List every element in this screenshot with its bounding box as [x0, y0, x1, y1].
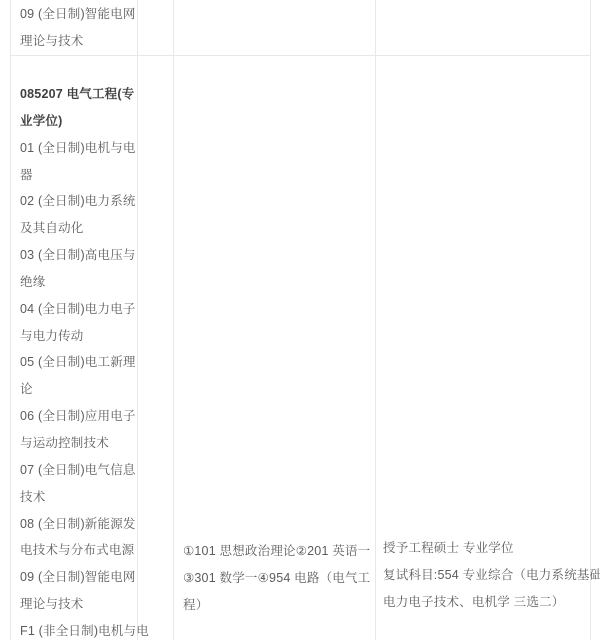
text-line: 085207 电气工程(专	[20, 81, 135, 108]
text-line: ①101 思想政治理论②201 英语一	[183, 538, 371, 565]
text-line: 技术	[20, 484, 135, 511]
text-line: 论	[20, 376, 135, 403]
table-border-left	[10, 0, 11, 640]
table-border-col2-right	[173, 0, 174, 640]
text-line: F1 (非全日制)电机与电	[20, 618, 135, 640]
program-heading: 085207 电气工程(专业学位)	[20, 81, 135, 135]
cell-remarks: 授予工程硕士 专业学位复试科目:554 专业综合（电力系统基础、电力电子技术、电…	[383, 535, 588, 616]
text-line: 电力电子技术、电机学 三选二）	[383, 589, 588, 616]
text-line: 复试科目:554 专业综合（电力系统基础、	[383, 562, 588, 589]
text-line: 06 (全日制)应用电子	[20, 403, 135, 430]
text-line: ③301 数学一④954 电路（电气工	[183, 565, 371, 592]
text-line: 与电力传动	[20, 323, 135, 350]
text-line: 03 (全日制)高电压与	[20, 242, 135, 269]
text-line: 与运动控制技术	[20, 430, 135, 457]
cell-exam-subjects: ①101 思想政治理论②201 英语一③301 数学一④954 电路（电气工程）	[183, 538, 371, 619]
text-line: 电技术与分布式电源	[20, 537, 135, 564]
text-line: 04 (全日制)电力电子	[20, 296, 135, 323]
table-border-col3-right	[375, 0, 376, 640]
text-line: 08 (全日制)新能源发	[20, 511, 135, 538]
text-line: 器	[20, 162, 135, 189]
text-line: 绝缘	[20, 269, 135, 296]
text-line: 09 (全日制)智能电网	[20, 564, 135, 591]
cell-row-top-directions: 09 (全日制)智能电网理论与技术	[20, 1, 135, 55]
table-border-right	[590, 0, 591, 640]
text-line: 理论与技术	[20, 28, 135, 55]
cell-program-directions: 085207 电气工程(专业学位) 01 (全日制)电机与电器02 (全日制)电…	[20, 81, 135, 640]
table-border-col1-right	[137, 0, 138, 640]
text-line: 程）	[183, 592, 371, 619]
text-line: 理论与技术	[20, 591, 135, 618]
direction-list: 01 (全日制)电机与电器02 (全日制)电力系统及其自动化03 (全日制)高电…	[20, 135, 135, 640]
text-line: 及其自动化	[20, 215, 135, 242]
text-line: 01 (全日制)电机与电	[20, 135, 135, 162]
table-row-divider	[10, 55, 591, 56]
text-line: 业学位)	[20, 108, 135, 135]
text-line: 09 (全日制)智能电网	[20, 1, 135, 28]
text-line: 授予工程硕士 专业学位	[383, 535, 588, 562]
text-line: 07 (全日制)电气信息	[20, 457, 135, 484]
text-line: 02 (全日制)电力系统	[20, 188, 135, 215]
text-line: 05 (全日制)电工新理	[20, 349, 135, 376]
